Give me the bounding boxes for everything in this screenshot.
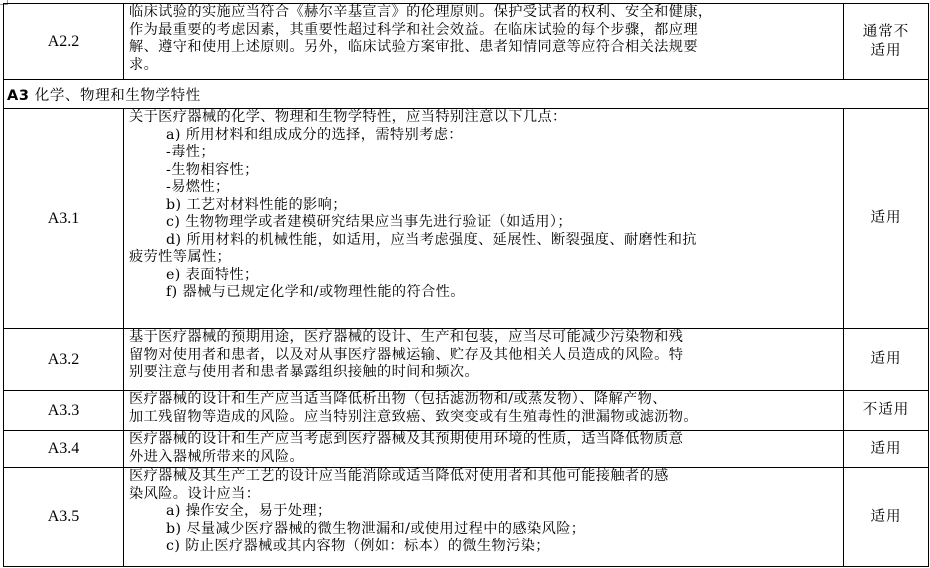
content-line: 医疗器械的设计和生产应当考虑到医疗器械及其预期使用环境的性质，适当降低物质意: [129, 431, 839, 449]
section-code: A3: [7, 88, 30, 104]
content-line: b) 尽量减少医疗器械的微生物泄漏和/或使用过程中的感染风险；: [129, 521, 839, 539]
clause-content: 医疗器械的设计和生产应当考虑到医疗器械及其预期使用环境的性质，适当降低物质意外进…: [124, 431, 844, 468]
table-row-a3-4: A3.4医疗器械的设计和生产应当考虑到医疗器械及其预期使用环境的性质，适当降低物…: [4, 431, 929, 468]
clause-content: 临床试验的实施应当符合《赫尔辛基宣言》的伦理原则。保护受试者的权利、安全和健康，…: [124, 4, 844, 80]
content-line: 解、遵守和使用上述原则。另外，临床试验方案审批、患者知情同意等应符合相关法规要: [129, 39, 839, 57]
content-line: 外进入器械所带来的风险。: [129, 449, 839, 467]
section-heading: A3 化学、物理和生物学特性: [4, 80, 929, 109]
clause-content: 基于医疗器械的预期用途，医疗器械的设计、生产和包装，应当尽可能减少污染物和残留物…: [124, 329, 844, 391]
table-row-a2-2: A2.2 临床试验的实施应当符合《赫尔辛基宣言》的伦理原则。保护受试者的权利、安…: [4, 4, 929, 80]
clause-content: 关于医疗器械的化学、物理和生物学特性，应当特别注意以下几点：a) 所用材料和组成…: [124, 109, 844, 329]
clause-id: A3.2: [4, 329, 124, 391]
applicability-status: 适用: [844, 468, 929, 567]
clause-id: A3.4: [4, 431, 124, 468]
content-line: a) 所用材料和组成成分的选择，需特别考虑：: [129, 127, 839, 145]
table-row-a3-3: A3.3医疗器械的设计和生产应当适当降低析出物（包括滤沥物和/或蒸发物）、降解产…: [4, 391, 929, 431]
content-line: 求。: [129, 57, 839, 75]
section-title: 化学、物理和生物学特性: [35, 88, 201, 104]
content-line: 加工残留物等造成的风险。应当特别注意致癌、致突变或有生殖毒性的泄漏物或滤沥物。: [129, 409, 839, 427]
content-line: 医疗器械及其生产工艺的设计应当能消除或适当降低对使用者和其他可能接触者的感: [129, 468, 839, 486]
content-line: a) 操作安全，易于处理；: [129, 503, 839, 521]
content-line: 疲劳性等属性；: [129, 249, 839, 267]
content-line: 留物对使用者和患者，以及对从事医疗器械运输、贮存及其他相关人员造成的风险。特: [129, 347, 839, 365]
content-line: 基于医疗器械的预期用途，医疗器械的设计、生产和包装，应当尽可能减少污染物和残: [129, 329, 839, 347]
content-line: e) 表面特性；: [129, 267, 839, 285]
clause-content: 医疗器械及其生产工艺的设计应当能消除或适当降低对使用者和其他可能接触者的感染风险…: [124, 468, 844, 567]
content-line: c) 生物物理学或者建模研究结果应当事先进行验证（如适用）；: [129, 214, 839, 232]
applicability-status: 适用: [844, 109, 929, 329]
clause-id: A3.1: [4, 109, 124, 329]
applicability-status: 不适用: [844, 391, 929, 431]
content-line: 关于医疗器械的化学、物理和生物学特性，应当特别注意以下几点：: [129, 109, 839, 127]
content-line: 别要注意与使用者和患者暴露组织接触的时间和频次。: [129, 364, 839, 382]
status-line: 通常不: [844, 23, 928, 42]
requirements-table: A2.2 临床试验的实施应当符合《赫尔辛基宣言》的伦理原则。保护受试者的权利、安…: [3, 3, 929, 567]
content-line: c) 防止医疗器械或其内容物（例如：标本）的微生物污染；: [129, 538, 839, 556]
applicability-status: 适用: [844, 329, 929, 391]
section-header-row: A3 化学、物理和生物学特性: [4, 80, 929, 109]
content-line: d) 所用材料的机械性能，如适用，应当考虑强度、延展性、断裂强度、耐磨性和抗: [129, 232, 839, 250]
content-line: b) 工艺对材料性能的影响；: [129, 197, 839, 215]
table-row-a3-5: A3.5医疗器械及其生产工艺的设计应当能消除或适当降低对使用者和其他可能接触者的…: [4, 468, 929, 567]
content-line: -易燃性；: [129, 179, 839, 197]
clause-content: 医疗器械的设计和生产应当适当降低析出物（包括滤沥物和/或蒸发物）、降解产物、加工…: [124, 391, 844, 431]
status-line: 适用: [844, 42, 928, 61]
clause-id: A2.2: [4, 4, 124, 80]
content-line: 作为最重要的考虑因素，其重要性超过科学和社会效益。在临床试验的每个步骤，都应理: [129, 22, 839, 40]
clause-id: A3.3: [4, 391, 124, 431]
content-line: 临床试验的实施应当符合《赫尔辛基宣言》的伦理原则。保护受试者的权利、安全和健康，: [129, 4, 839, 22]
content-line: -生物相容性；: [129, 162, 839, 180]
content-line: 医疗器械的设计和生产应当适当降低析出物（包括滤沥物和/或蒸发物）、降解产物、: [129, 391, 839, 409]
content-line: -毒性；: [129, 144, 839, 162]
table-row-a3-2: A3.2基于医疗器械的预期用途，医疗器械的设计、生产和包装，应当尽可能减少污染物…: [4, 329, 929, 391]
applicability-status: 通常不 适用: [844, 4, 929, 80]
content-line: f) 器械与已规定化学和/或物理性能的符合性。: [129, 284, 839, 302]
clause-id: A3.5: [4, 468, 124, 567]
content-line: 染风险。设计应当：: [129, 486, 839, 504]
table-row-a3-1: A3.1关于医疗器械的化学、物理和生物学特性，应当特别注意以下几点：a) 所用材…: [4, 109, 929, 329]
applicability-status: 适用: [844, 431, 929, 468]
